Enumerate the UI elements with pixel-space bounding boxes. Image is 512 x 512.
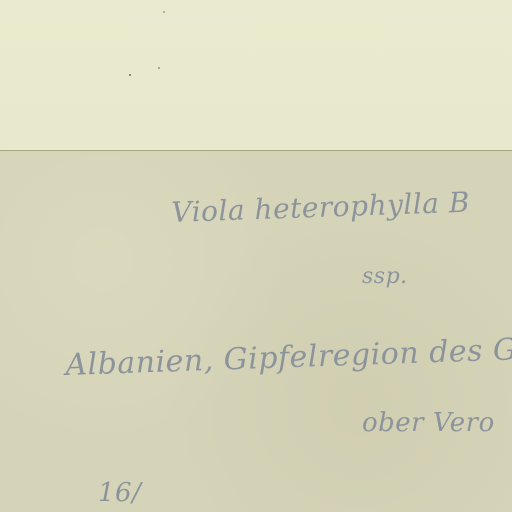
paper-speck xyxy=(158,67,160,69)
collection-number: 16/ xyxy=(98,478,141,508)
taxon-rank: ssp. xyxy=(362,264,408,289)
paper-speck xyxy=(163,11,165,13)
herbarium-mount-sheet xyxy=(0,0,512,150)
locality-continuation: ober Vero xyxy=(362,408,495,438)
paper-speck xyxy=(129,74,131,76)
